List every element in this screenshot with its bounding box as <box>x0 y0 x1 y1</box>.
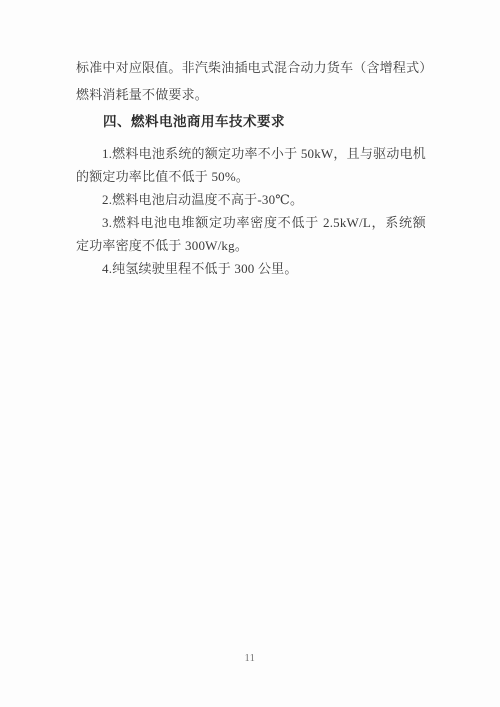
body-paragraph-continuation: 标准中对应限值。非汽柴油插电式混合动力货车（含增程式）燃料消耗量不做要求。 <box>76 54 426 108</box>
requirement-item-3: 3.燃料电池电堆额定功率密度不低于 2.5kW/L，系统额定功率密度不低于 30… <box>76 211 426 257</box>
page-number: 11 <box>245 653 256 664</box>
requirement-item-1: 1.燃料电池系统的额定功率不小于 50kW，且与驱动电机的额定功率比值不低于 5… <box>76 142 426 188</box>
page-text-block: 标准中对应限值。非汽柴油插电式混合动力货车（含增程式）燃料消耗量不做要求。 四、… <box>76 54 426 280</box>
document-page: 标准中对应限值。非汽柴油插电式混合动力货车（含增程式）燃料消耗量不做要求。 四、… <box>0 0 500 707</box>
requirement-item-2: 2.燃料电池启动温度不高于-30℃。 <box>76 188 426 211</box>
requirement-item-4: 4.纯氢续驶里程不低于 300 公里。 <box>76 257 426 280</box>
page-footer: 11 <box>0 648 500 666</box>
section-heading: 四、燃料电池商用车技术要求 <box>76 108 426 135</box>
